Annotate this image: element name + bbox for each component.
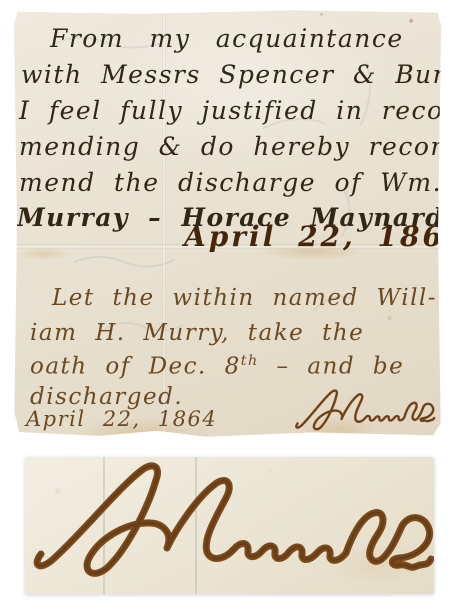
endorsement-line: iam H. Murry, take the — [30, 322, 364, 345]
handwritten-line: mend the discharge of Wm. — [19, 170, 442, 195]
endorsement-line-text: – and be — [259, 354, 405, 380]
handwritten-line: mending & do hereby recom- — [19, 134, 453, 159]
endorsement-line: Let the within named Will- — [52, 287, 437, 310]
photo-canvas: From my acquaintance with Messrs Spencer… — [0, 0, 453, 600]
endorsement-line-text: oath of Dec. 8 — [30, 354, 241, 380]
handwritten-line: From my acquaintance — [50, 26, 404, 51]
lincoln-signature-small — [290, 382, 436, 437]
handwritten-line: with Messrs Spencer & Burger, — [21, 62, 453, 87]
endorsement-date: April 22, 1864 — [26, 409, 217, 430]
signature-photo — [25, 457, 434, 594]
maynard-date: April 22, 1864 — [184, 223, 453, 251]
handwritten-line: I feel fully justified in recom- — [19, 98, 453, 123]
superscript-th: th — [241, 353, 259, 369]
endorsement-line: discharged. — [30, 386, 183, 409]
lincoln-signature-large — [25, 457, 434, 594]
endorsement-line: oath of Dec. 8th – and be — [30, 354, 404, 379]
letter-photo: From my acquaintance with Messrs Spencer… — [14, 10, 441, 438]
